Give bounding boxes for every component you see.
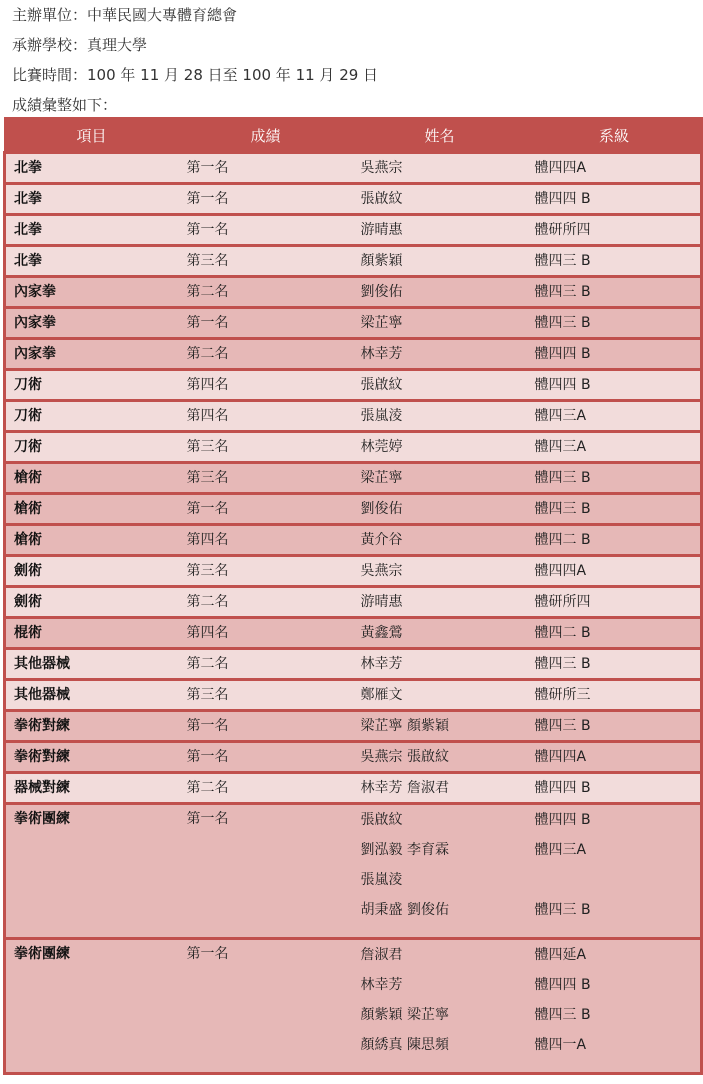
cell-event: 北拳: [5, 153, 179, 184]
cell-result: 第二名: [179, 587, 353, 618]
table-row: 刀術第四名張啟紋體四四 B: [5, 370, 702, 401]
cell-event: 內家拳: [5, 277, 179, 308]
cell-event: 劍術: [5, 587, 179, 618]
cell-class: 體四三 B: [527, 711, 702, 742]
cell-name: 黃介谷: [353, 525, 527, 556]
cell-result: 第一名: [179, 711, 353, 742]
cell-name: 梁芷寧: [353, 463, 527, 494]
table-body: 北拳第一名吳燕宗體四四A北拳第一名張啟紋體四四 B北拳第一名游晴惠體研所四北拳第…: [5, 153, 702, 1074]
cell-event: 其他器械: [5, 649, 179, 680]
cell-names: 詹淑君林幸芳顏紫穎 梁芷寧顏綉真 陳思頻: [353, 939, 527, 1074]
cell-event: 北拳: [5, 215, 179, 246]
member-class: 體四三 B: [535, 895, 701, 925]
table-row: 內家拳第二名林幸芳體四四 B: [5, 339, 702, 370]
cell-name: 吳燕宗 張啟紋: [353, 742, 527, 773]
table-row-group: 拳術團練第一名詹淑君林幸芳顏紫穎 梁芷寧顏綉真 陳思頻體四延A體四四 B體四三 …: [5, 939, 702, 1074]
member-class: 體四四 B: [535, 970, 701, 1000]
cell-event: 棍術: [5, 618, 179, 649]
table-row: 刀術第三名林莞婷體四三A: [5, 432, 702, 463]
cell-name: 林莞婷: [353, 432, 527, 463]
event-info: 主辦單位：中華民國大專體育總會 承辦學校：真理大學 比賽時間：100 年 11 …: [12, 0, 692, 120]
cell-classes: 體四延A體四四 B體四三 B體四一A: [527, 939, 702, 1074]
member-class: [535, 865, 701, 895]
member-name: 顏綉真 陳思頻: [361, 1030, 527, 1060]
cell-result: 第四名: [179, 618, 353, 649]
cell-class: 體四四 B: [527, 339, 702, 370]
cell-event: 槍術: [5, 463, 179, 494]
header-name: 姓名: [353, 118, 527, 153]
results-table: 項目 成績 姓名 系級 北拳第一名吳燕宗體四四A北拳第一名張啟紋體四四 B北拳第…: [3, 117, 703, 1075]
cell-class: 體四三 B: [527, 463, 702, 494]
table-header-row: 項目 成績 姓名 系級: [5, 118, 702, 153]
cell-result: 第三名: [179, 246, 353, 277]
table-row: 器械對練第二名林幸芳 詹淑君體四四 B: [5, 773, 702, 804]
cell-event: 其他器械: [5, 680, 179, 711]
table-row: 棍術第四名黃鑫鶯體四二 B: [5, 618, 702, 649]
header-result: 成績: [179, 118, 353, 153]
cell-name: 游晴惠: [353, 215, 527, 246]
cell-event: 拳術團練: [5, 939, 179, 1074]
table-row: 劍術第三名吳燕宗體四四A: [5, 556, 702, 587]
cell-event: 刀術: [5, 432, 179, 463]
cell-result: 第一名: [179, 804, 353, 939]
cell-name: 吳燕宗: [353, 556, 527, 587]
cell-class: 體四三 B: [527, 308, 702, 339]
cell-result: 第一名: [179, 939, 353, 1074]
organizer-text: 主辦單位：中華民國大專體育總會: [12, 0, 692, 30]
cell-class: 體研所四: [527, 587, 702, 618]
cell-event: 北拳: [5, 184, 179, 215]
cell-name: 游晴惠: [353, 587, 527, 618]
member-class: 體四三 B: [535, 1000, 701, 1030]
cell-event: 刀術: [5, 370, 179, 401]
cell-name: 劉俊佑: [353, 277, 527, 308]
cell-name: 劉俊佑: [353, 494, 527, 525]
cell-result: 第三名: [179, 432, 353, 463]
cell-name: 林幸芳 詹淑君: [353, 773, 527, 804]
cell-result: 第四名: [179, 525, 353, 556]
cell-event: 內家拳: [5, 339, 179, 370]
cell-class: 體四四 B: [527, 370, 702, 401]
cell-result: 第一名: [179, 742, 353, 773]
cell-event: 北拳: [5, 246, 179, 277]
cell-result: 第二名: [179, 649, 353, 680]
cell-class: 體四二 B: [527, 618, 702, 649]
dates-text: 比賽時間：100 年 11 月 28 日至 100 年 11 月 29 日: [12, 60, 692, 90]
table-row: 內家拳第一名梁芷寧體四三 B: [5, 308, 702, 339]
cell-result: 第二名: [179, 773, 353, 804]
member-name: 林幸芳: [361, 970, 527, 1000]
member-class: 體四延A: [535, 940, 701, 970]
table-row: 內家拳第二名劉俊佑體四三 B: [5, 277, 702, 308]
cell-name: 林幸芳: [353, 649, 527, 680]
cell-classes: 體四四 B體四三A體四三 B: [527, 804, 702, 939]
cell-name: 張嵐淩: [353, 401, 527, 432]
table-row: 刀術第四名張嵐淩體四三A: [5, 401, 702, 432]
cell-class: 體研所三: [527, 680, 702, 711]
cell-result: 第一名: [179, 153, 353, 184]
cell-class: 體四三A: [527, 432, 702, 463]
summary-label: 成績彙整如下：: [12, 90, 692, 120]
cell-class: 體四二 B: [527, 525, 702, 556]
member-class: 體四三A: [535, 835, 701, 865]
cell-name: 黃鑫鶯: [353, 618, 527, 649]
cell-result: 第一名: [179, 215, 353, 246]
header-class: 系級: [527, 118, 702, 153]
cell-result: 第四名: [179, 370, 353, 401]
cell-name: 梁芷寧 顏紫穎: [353, 711, 527, 742]
cell-event: 器械對練: [5, 773, 179, 804]
table-row: 槍術第一名劉俊佑體四三 B: [5, 494, 702, 525]
member-class: 體四四 B: [535, 805, 701, 835]
cell-class: 體研所四: [527, 215, 702, 246]
host-school-text: 承辦學校：真理大學: [12, 30, 692, 60]
cell-event: 劍術: [5, 556, 179, 587]
table-row: 拳術對練第一名吳燕宗 張啟紋體四四A: [5, 742, 702, 773]
cell-name: 林幸芳: [353, 339, 527, 370]
cell-result: 第三名: [179, 556, 353, 587]
cell-event: 槍術: [5, 494, 179, 525]
member-name: 詹淑君: [361, 940, 527, 970]
member-name: 張嵐淩: [361, 865, 527, 895]
cell-result: 第二名: [179, 339, 353, 370]
cell-event: 拳術團練: [5, 804, 179, 939]
table-row: 其他器械第二名林幸芳體四三 B: [5, 649, 702, 680]
cell-result: 第一名: [179, 308, 353, 339]
cell-class: 體四三A: [527, 401, 702, 432]
cell-class: 體四四A: [527, 556, 702, 587]
cell-result: 第三名: [179, 680, 353, 711]
table-row: 北拳第一名游晴惠體研所四: [5, 215, 702, 246]
cell-result: 第一名: [179, 184, 353, 215]
cell-event: 拳術對練: [5, 742, 179, 773]
table-row: 拳術對練第一名梁芷寧 顏紫穎體四三 B: [5, 711, 702, 742]
cell-result: 第二名: [179, 277, 353, 308]
cell-name: 吳燕宗: [353, 153, 527, 184]
cell-result: 第四名: [179, 401, 353, 432]
cell-class: 體四四 B: [527, 773, 702, 804]
cell-event: 拳術對練: [5, 711, 179, 742]
cell-event: 槍術: [5, 525, 179, 556]
cell-name: 顏紫穎: [353, 246, 527, 277]
cell-name: 張啟紋: [353, 184, 527, 215]
cell-class: 體四四A: [527, 153, 702, 184]
cell-class: 體四三 B: [527, 494, 702, 525]
member-name: 胡秉盛 劉俊佑: [361, 895, 527, 925]
cell-class: 體四三 B: [527, 277, 702, 308]
cell-event: 內家拳: [5, 308, 179, 339]
table-row: 北拳第一名張啟紋體四四 B: [5, 184, 702, 215]
header-event: 項目: [5, 118, 179, 153]
cell-result: 第三名: [179, 463, 353, 494]
cell-class: 體四三 B: [527, 246, 702, 277]
table-row: 槍術第四名黃介谷體四二 B: [5, 525, 702, 556]
cell-class: 體四三 B: [527, 649, 702, 680]
table-row-group: 拳術團練第一名張啟紋劉泓毅 李育霖張嵐淩胡秉盛 劉俊佑體四四 B體四三A體四三 …: [5, 804, 702, 939]
cell-name: 鄭雁文: [353, 680, 527, 711]
cell-name: 梁芷寧: [353, 308, 527, 339]
member-name: 張啟紋: [361, 805, 527, 835]
table-row: 其他器械第三名鄭雁文體研所三: [5, 680, 702, 711]
member-name: 顏紫穎 梁芷寧: [361, 1000, 527, 1030]
cell-class: 體四四A: [527, 742, 702, 773]
cell-names: 張啟紋劉泓毅 李育霖張嵐淩胡秉盛 劉俊佑: [353, 804, 527, 939]
cell-event: 刀術: [5, 401, 179, 432]
table-row: 劍術第二名游晴惠體研所四: [5, 587, 702, 618]
table-row: 槍術第三名梁芷寧體四三 B: [5, 463, 702, 494]
table-row: 北拳第三名顏紫穎體四三 B: [5, 246, 702, 277]
member-class: 體四一A: [535, 1030, 701, 1060]
cell-result: 第一名: [179, 494, 353, 525]
member-name: 劉泓毅 李育霖: [361, 835, 527, 865]
cell-name: 張啟紋: [353, 370, 527, 401]
table-row: 北拳第一名吳燕宗體四四A: [5, 153, 702, 184]
cell-class: 體四四 B: [527, 184, 702, 215]
